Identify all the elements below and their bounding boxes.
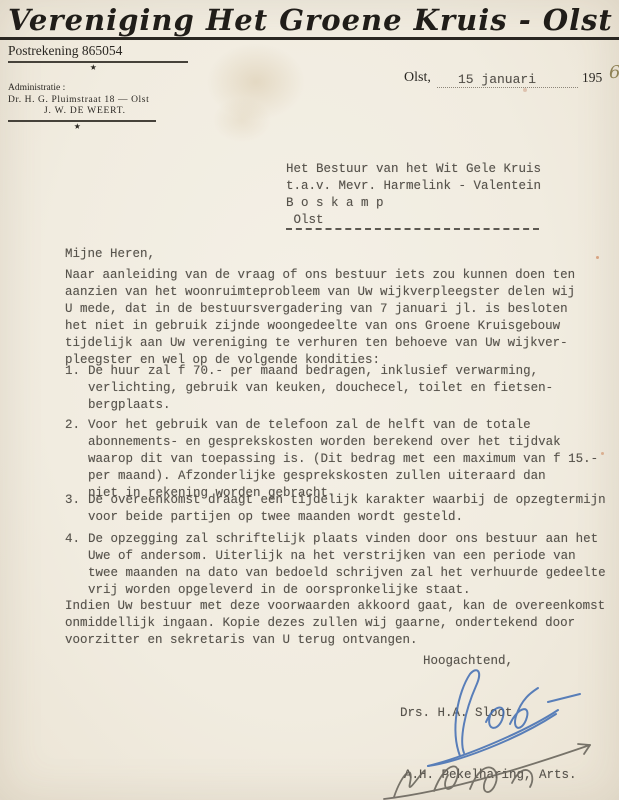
list-item-text: De opzegging zal schriftelijk plaats vin… [88, 531, 606, 599]
recipient-line: B o s k a m p [286, 195, 384, 212]
signature-pekelharing-ink [372, 733, 612, 800]
recipient-underline [286, 213, 539, 230]
body-paragraph-1: Naar aanleiding van de vraag of ons best… [65, 267, 575, 369]
recipient-line: Het Bestuur van het Wit Gele Kruis [286, 161, 541, 178]
dateline-date: 15 januari [458, 71, 536, 88]
list-item-4: 4. De opzegging zal schriftelijk plaats … [65, 531, 606, 599]
letterhead-org-name: Vereniging Het Groene Kruis - Olst [8, 3, 613, 37]
list-item-number: 1. [65, 363, 88, 414]
star-ornament-icon: ★ [90, 63, 97, 73]
list-item-1: 1. De huur zal f 70.- per maand bedragen… [65, 363, 553, 414]
scanned-letter-page: Vereniging Het Groene Kruis - Olst Postr… [0, 0, 619, 800]
list-item-text: De huur zal f 70.- per maand bedragen, i… [88, 363, 553, 414]
dateline-year-printed: 195 [582, 70, 602, 86]
administratie-name: J. W. DE WEERT. [44, 106, 126, 116]
closing-paragraph: Indien Uw bestuur met deze voorwaarden a… [65, 598, 605, 649]
administratie-rule [8, 120, 156, 122]
letterhead-rule [0, 37, 619, 40]
list-item-number: 2. [65, 417, 88, 502]
list-item-text: Voor het gebruik van de telefoon zal de … [88, 417, 598, 502]
administratie-label: Administratie : [8, 83, 65, 93]
postrekening-label: Postrekening 865054 [8, 43, 122, 59]
salutation: Mijne Heren, [65, 246, 155, 263]
paper-speck [596, 256, 599, 259]
administratie-address: Dr. H. G. Pluimstraat 18 — Olst [8, 95, 149, 105]
list-item-number: 4. [65, 531, 88, 599]
recipient-line: t.a.v. Mevr. Harmelink - Valentein [286, 178, 541, 195]
paper-speck [601, 452, 604, 455]
list-item-number: 3. [65, 492, 88, 526]
list-item-text: De overeenkomst draagt een tijdelijk kar… [88, 492, 606, 526]
star-ornament-icon: ★ [74, 122, 81, 132]
postrekening-rule [8, 61, 188, 63]
list-item-3: 3. De overeenkomst draagt een tijdelijk … [65, 492, 606, 526]
dateline-year-handwritten: 6 [609, 62, 619, 83]
list-item-2: 2. Voor het gebruik van de telefoon zal … [65, 417, 598, 502]
paper-speck [523, 88, 527, 92]
dateline-place: Olst, [404, 70, 431, 86]
